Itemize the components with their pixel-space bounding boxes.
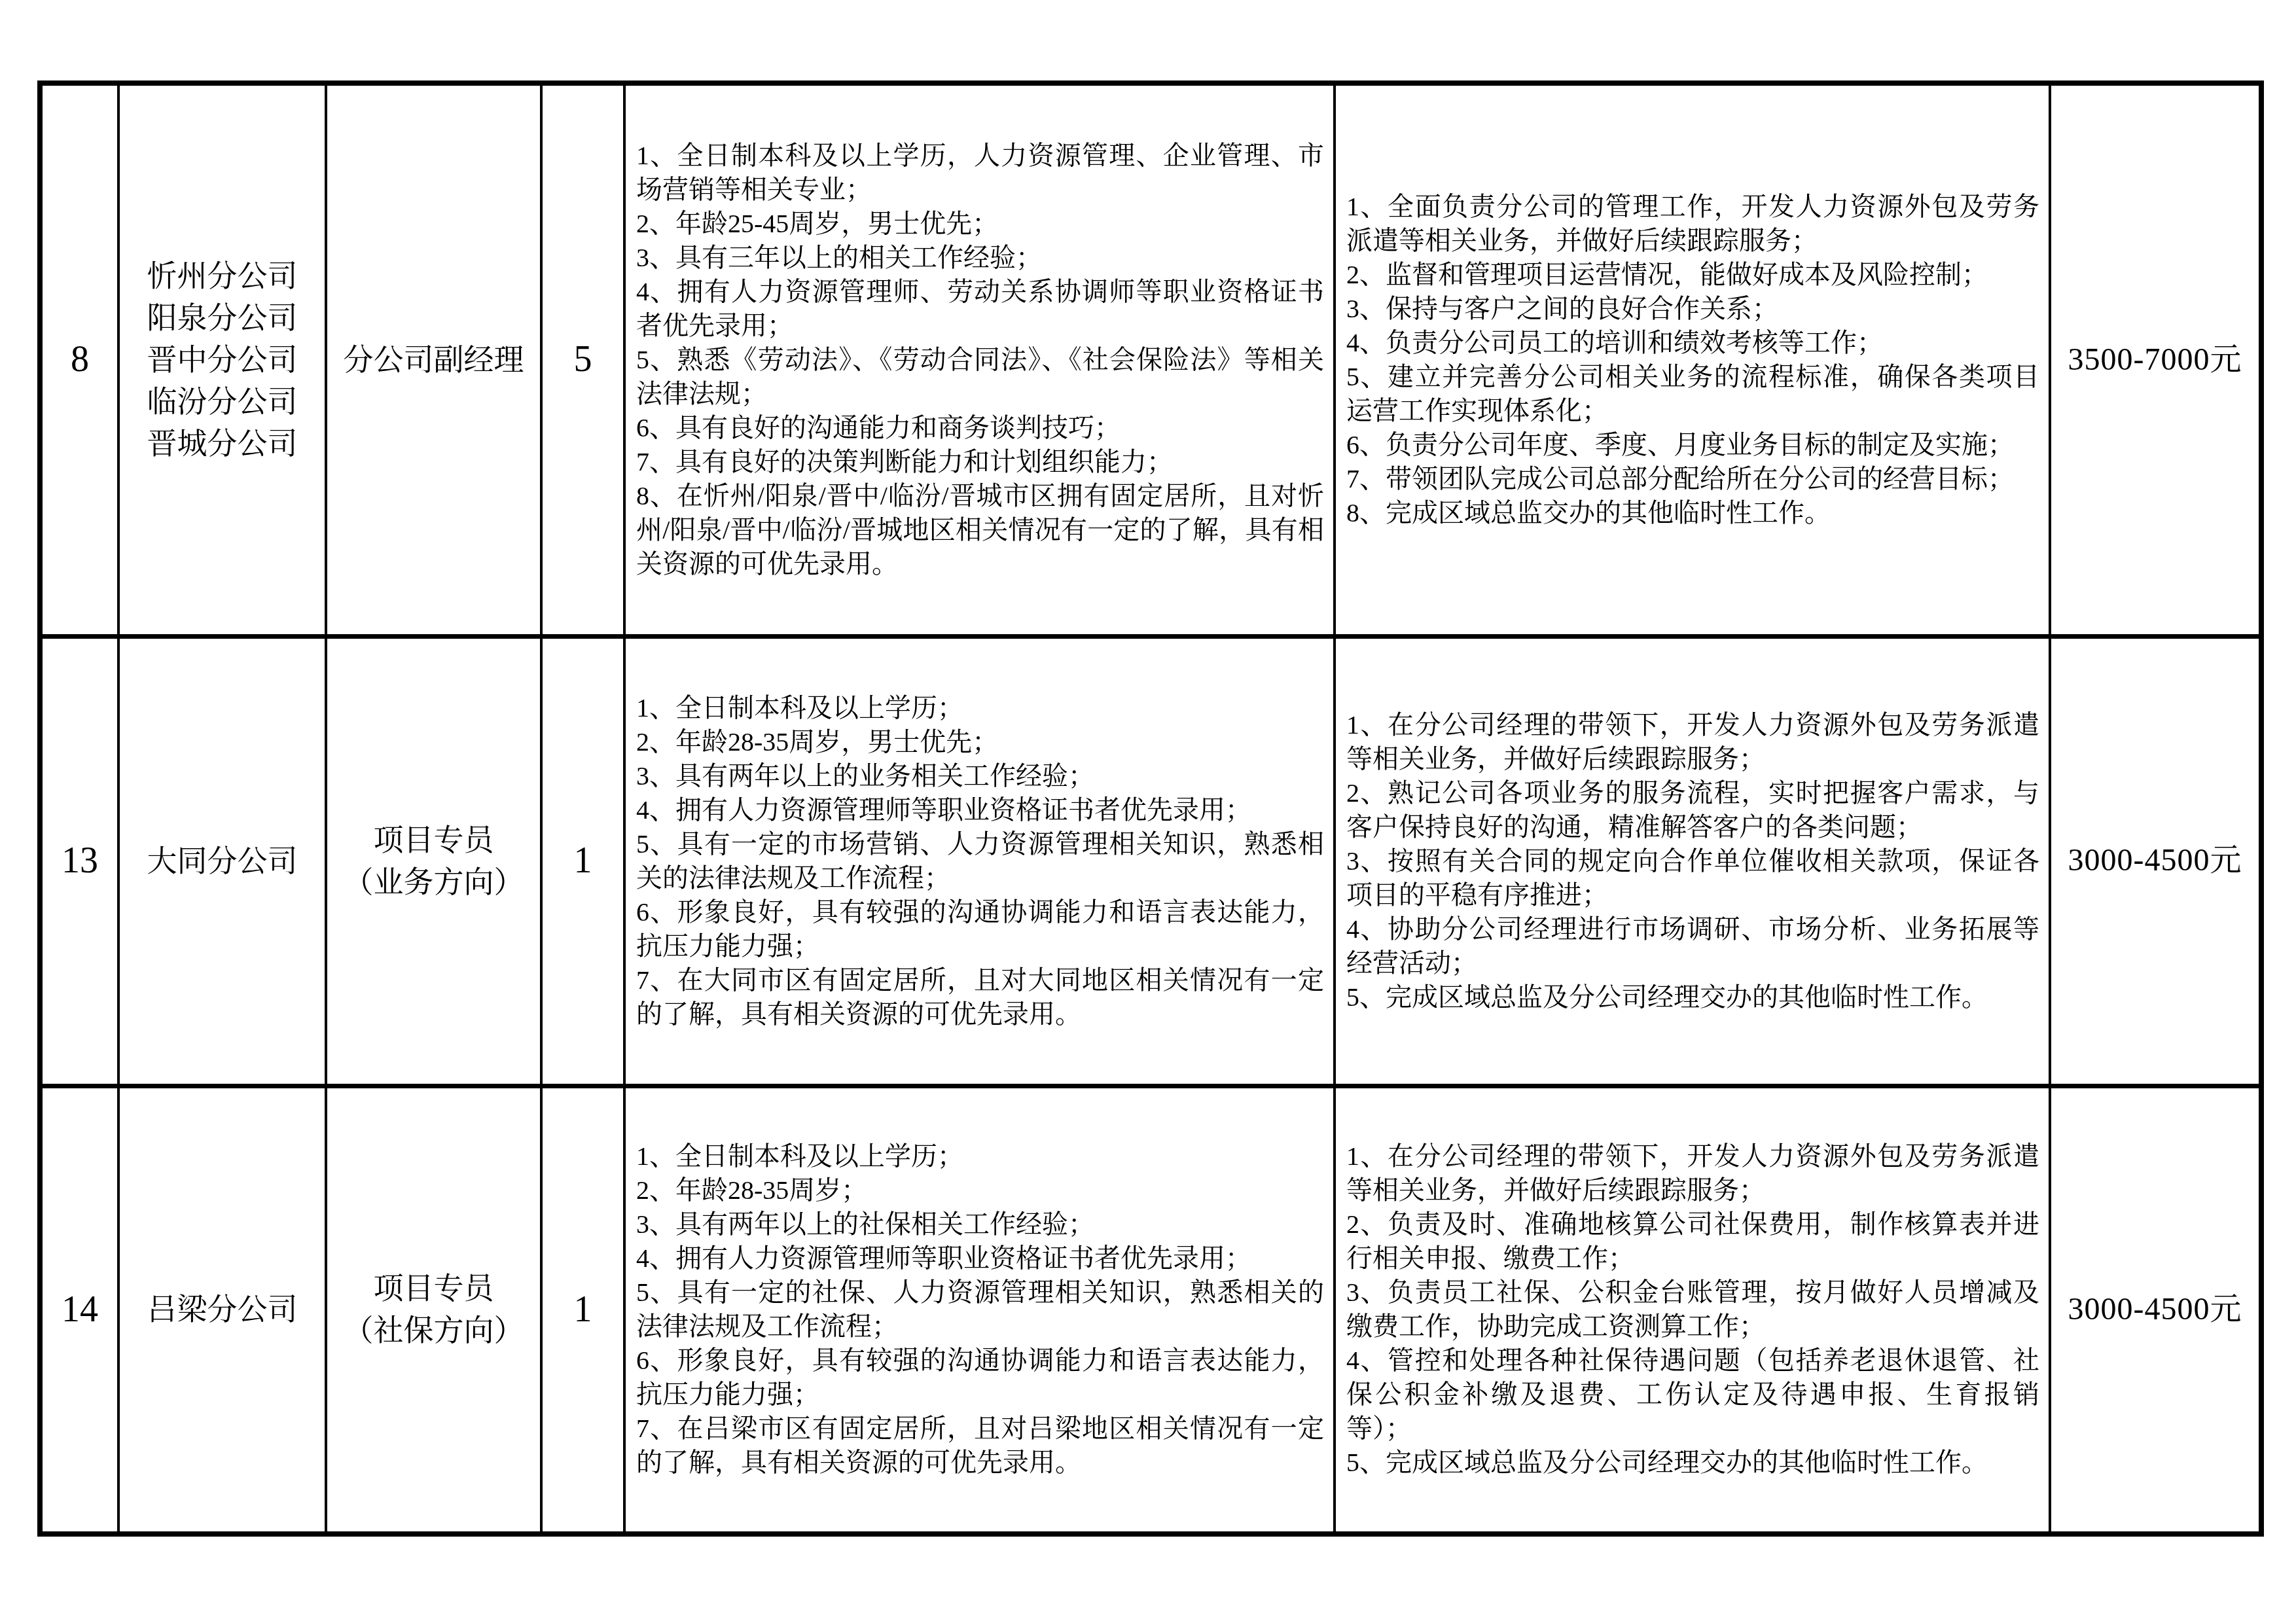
headcount-cell: 1 (541, 1086, 624, 1534)
position-cell: 项目专员（业务方向） (326, 636, 541, 1086)
requirements-cell: 1、全日制本科及以上学历；2、年龄28-35周岁；3、具有两年以上的社保相关工作… (624, 1086, 1335, 1534)
position-cell: 项目专员（社保方向） (326, 1086, 541, 1534)
headcount-cell: 1 (541, 636, 624, 1086)
salary-cell: 3000-4500元 (2050, 636, 2261, 1086)
requirements-cell: 1、全日制本科及以上学历；2、年龄28-35周岁，男士优先；3、具有两年以上的业… (624, 636, 1335, 1086)
table-row: 14 吕梁分公司 项目专员（社保方向） 1 1、全日制本科及以上学历；2、年龄2… (40, 1086, 2261, 1534)
position-cell: 分公司副经理 (326, 83, 541, 636)
salary-cell: 3500-7000元 (2050, 83, 2261, 636)
page: 8 忻州分公司阳泉分公司晋中分公司临汾分公司晋城分公司 分公司副经理 5 1、全… (0, 0, 2296, 1623)
company-cell: 吕梁分公司 (118, 1086, 326, 1534)
duties-cell: 1、在分公司经理的带领下，开发人力资源外包及劳务派遣等相关业务，并做好后续跟踪服… (1335, 1086, 2050, 1534)
row-number: 14 (40, 1086, 118, 1534)
company-cell: 忻州分公司阳泉分公司晋中分公司临汾分公司晋城分公司 (118, 83, 326, 636)
row-number: 13 (40, 636, 118, 1086)
company-cell: 大同分公司 (118, 636, 326, 1086)
duties-cell: 1、全面负责分公司的管理工作，开发人力资源外包及劳务派遣等相关业务，并做好后续跟… (1335, 83, 2050, 636)
duties-cell: 1、在分公司经理的带领下，开发人力资源外包及劳务派遣等相关业务，并做好后续跟踪服… (1335, 636, 2050, 1086)
table-row: 13 大同分公司 项目专员（业务方向） 1 1、全日制本科及以上学历；2、年龄2… (40, 636, 2261, 1086)
salary-cell: 3000-4500元 (2050, 1086, 2261, 1534)
headcount-cell: 5 (541, 83, 624, 636)
row-number: 8 (40, 83, 118, 636)
requirements-cell: 1、全日制本科及以上学历，人力资源管理、企业管理、市场营销等相关专业；2、年龄2… (624, 83, 1335, 636)
job-positions-table: 8 忻州分公司阳泉分公司晋中分公司临汾分公司晋城分公司 分公司副经理 5 1、全… (37, 80, 2264, 1537)
table-row: 8 忻州分公司阳泉分公司晋中分公司临汾分公司晋城分公司 分公司副经理 5 1、全… (40, 83, 2261, 636)
